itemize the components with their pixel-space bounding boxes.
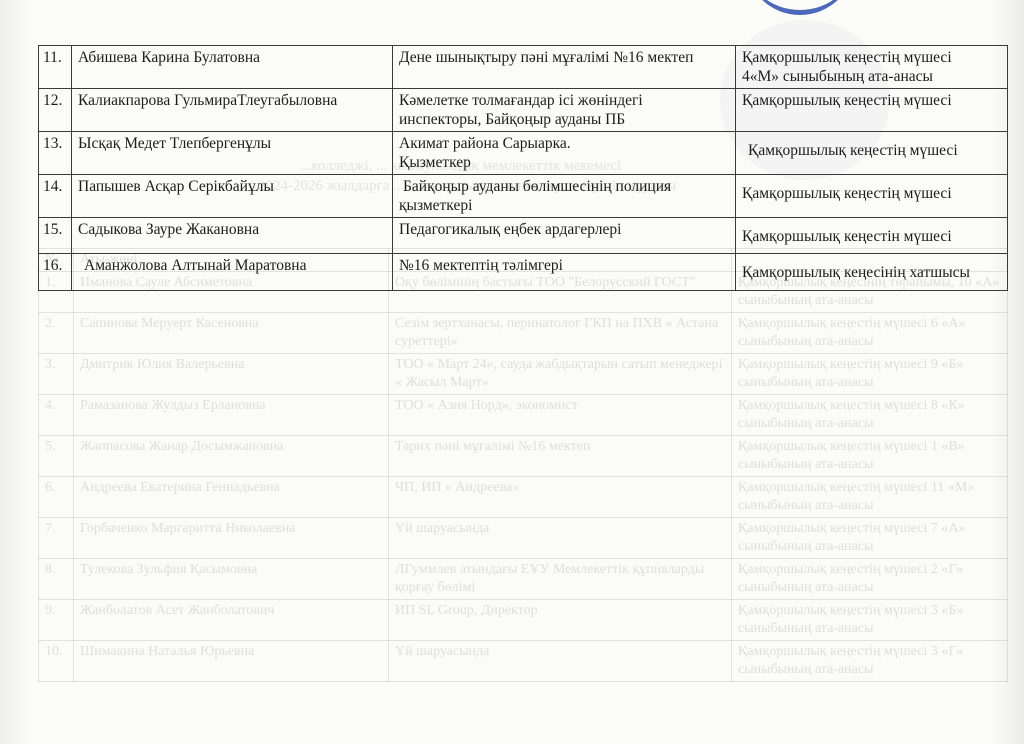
member-workplace: №16 мектептің тәлімгері bbox=[393, 254, 736, 291]
row-number: 16. bbox=[39, 254, 72, 291]
member-workplace: Байқоңыр ауданы бөлімшесінің полиция қыз… bbox=[393, 175, 736, 218]
ghost-cell-num: 3. bbox=[39, 354, 74, 395]
member-name: Калиакпарова ГульмираТлеугабыловна bbox=[72, 89, 393, 132]
ghost-cell-work: Тарих пәні мұғалімі №16 мектеп bbox=[389, 436, 732, 477]
ghost-cell-role: Қамқоршылық кеңестің мүшесі 3 «Б» сыныбы… bbox=[732, 600, 1008, 641]
table-row: 16. Аманжолова Алтынай Маратовна №16 мек… bbox=[39, 254, 1008, 291]
council-members-table: 11. Абишева Карина Булатовна Дене шынықт… bbox=[38, 45, 1008, 291]
workplace-line: қызметкері bbox=[399, 196, 729, 215]
ghost-cell-name: Рамазанова Жулдыз Ерлановна bbox=[74, 395, 389, 436]
ghost-cell-name: Жаппасова Жанар Досымжановна bbox=[74, 436, 389, 477]
table-row: 13. Ысқақ Медет Тлепбергенұлы Акимат рай… bbox=[39, 132, 1008, 175]
ghost-cell-work: ТОО « Азия Норд», экономист bbox=[389, 395, 732, 436]
ghost-cell-num: 4. bbox=[39, 395, 74, 436]
ghost-cell-role: Қамқоршылық кеңестің мүшесі 7 «А» сыныбы… bbox=[732, 518, 1008, 559]
role-line: Қамқоршылық кеңестің мүшесі bbox=[742, 48, 1001, 67]
ghost-cell-work: Үй шаруасында bbox=[389, 518, 732, 559]
ghost-cell-role: Қамқоршылық кеңестің мүшесі 9 «Б» сыныбы… bbox=[732, 354, 1008, 395]
table-row: 12. Калиакпарова ГульмираТлеугабыловна К… bbox=[39, 89, 1008, 132]
table-row: 11. Абишева Карина Булатовна Дене шынықт… bbox=[39, 46, 1008, 89]
member-role: Қамқоршылық кеңестің мүшесі 4«М» сыныбын… bbox=[736, 46, 1008, 89]
ghost-cell-num: 10. bbox=[39, 641, 74, 682]
member-role: Қамқоршылық кеңестің мүшесі bbox=[736, 132, 1008, 175]
ghost-cell-role: Қамқоршылық кеңестің мүшесі 8 «К» сыныбы… bbox=[732, 395, 1008, 436]
member-name: Абишева Карина Булатовна bbox=[72, 46, 393, 89]
row-number: 15. bbox=[39, 218, 72, 254]
ghost-cell-num: 5. bbox=[39, 436, 74, 477]
ghost-cell-work: Үй шаруасында bbox=[389, 641, 732, 682]
ghost-cell-role: Қамқоршылық кеңестің мүшесі 11 «М» сыныб… bbox=[732, 477, 1008, 518]
ghost-cell-name: Шимакина Наталья Юрьевна bbox=[74, 641, 389, 682]
ghost-cell-work: ИП SL Group, Директор bbox=[389, 600, 732, 641]
member-workplace: Акимат района Сарыарка. Қызметкер bbox=[393, 132, 736, 175]
member-name: Аманжолова Алтынай Маратовна bbox=[72, 254, 393, 291]
row-number: 13. bbox=[39, 132, 72, 175]
ghost-table-row: 6.Андреева Екатерина ГеннадьевнаЧП, ИП «… bbox=[39, 477, 1008, 518]
workplace-line: Қызметкер bbox=[399, 153, 729, 172]
member-name: Папышев Асқар Серікбайұлы bbox=[72, 175, 393, 218]
ghost-cell-role: Қамқоршылық кеңестің мүшесі 1 «В» сыныбы… bbox=[732, 436, 1008, 477]
ghost-cell-num: 9. bbox=[39, 600, 74, 641]
ghost-table-row: 4.Рамазанова Жулдыз ЕрлановнаТОО « Азия … bbox=[39, 395, 1008, 436]
ghost-table-row: 2.Сапинова Меруерт КасеновнаСезім зертха… bbox=[39, 313, 1008, 354]
member-workplace: Кәмелетке толмағандар ісі жөніндегі инсп… bbox=[393, 89, 736, 132]
row-number: 12. bbox=[39, 89, 72, 132]
member-workplace: Педагогикалық еңбек ардагерлері bbox=[393, 218, 736, 254]
ghost-table-row: 9.Жанболатов Асет ЖанболатовичИП SL Grou… bbox=[39, 600, 1008, 641]
table-row: 14. Папышев Асқар Серікбайұлы Байқоңыр а… bbox=[39, 175, 1008, 218]
ghost-cell-name: Тулекова Зульфия Қасымовна bbox=[74, 559, 389, 600]
workplace-line: Акимат района Сарыарка. bbox=[399, 134, 729, 153]
ghost-table-row: 3.Дмитрик Юлия ВалерьевнаТОО « Март 24»,… bbox=[39, 354, 1008, 395]
ghost-cell-name: Жанболатов Асет Жанболатович bbox=[74, 600, 389, 641]
ghost-cell-role: Қамқоршылық кеңестің мүшесі 6 «А» сыныбы… bbox=[732, 313, 1008, 354]
ghost-cell-work: ЧП, ИП « Андреева» bbox=[389, 477, 732, 518]
member-role: Қамқоршылық кеңестің мүшесі bbox=[736, 175, 1008, 218]
member-name: Ысқақ Медет Тлепбергенұлы bbox=[72, 132, 393, 175]
workplace-line: Кәмелетке толмағандар ісі жөніндегі bbox=[399, 91, 729, 110]
member-name: Садыкова Зауре Жакановна bbox=[72, 218, 393, 254]
ghost-cell-work: ЛГуммлев атындағы ЕҰУ Мемлекеттік құпиял… bbox=[389, 559, 732, 600]
ghost-table-row: 10.Шимакина Наталья ЮрьевнаҮй шаруасында… bbox=[39, 641, 1008, 682]
ghost-cell-role: Қамқоршылық кеңестің мүшесі 3 «Г» сыныбы… bbox=[732, 641, 1008, 682]
ghost-table-row: 8.Тулекова Зульфия ҚасымовнаЛГуммлев аты… bbox=[39, 559, 1008, 600]
ghost-cell-name: Андреева Екатерина Геннадьевна bbox=[74, 477, 389, 518]
ghost-bleedthrough-table: № Аты-жөні 1.Иманова Сауле АбсиметовнаОқ… bbox=[38, 248, 1008, 682]
ghost-cell-name: Горбаченко Маргаритта Николаевна bbox=[74, 518, 389, 559]
ghost-cell-num: 2. bbox=[39, 313, 74, 354]
ghost-table-row: 7.Горбаченко Маргаритта НиколаевнаҮй шар… bbox=[39, 518, 1008, 559]
ghost-cell-num: 6. bbox=[39, 477, 74, 518]
ghost-cell-num: 8. bbox=[39, 559, 74, 600]
member-role: Қамқоршылық кеңестін мүшесі bbox=[736, 218, 1008, 254]
member-role: Қамқоршылық кеңестің мүшесі bbox=[736, 89, 1008, 132]
ghost-cell-work: Сезім зертханасы, перинатолог ГКП на ПХВ… bbox=[389, 313, 732, 354]
workplace-line: Байқоңыр ауданы бөлімшесінің полиция bbox=[399, 177, 729, 196]
ghost-cell-name: Сапинова Меруерт Касеновна bbox=[74, 313, 389, 354]
workplace-line: инспекторы, Байқоңыр ауданы ПБ bbox=[399, 110, 729, 129]
ghost-cell-name: Дмитрик Юлия Валерьевна bbox=[74, 354, 389, 395]
row-number: 11. bbox=[39, 46, 72, 89]
row-number: 14. bbox=[39, 175, 72, 218]
member-role: Қамқоршылық кеңесінің хатшысы bbox=[736, 254, 1008, 291]
ghost-table-row: 5.Жаппасова Жанар ДосымжановнаТарих пәні… bbox=[39, 436, 1008, 477]
table-row: 15. Садыкова Зауре Жакановна Педагогикал… bbox=[39, 218, 1008, 254]
ghost-cell-role: Қамқоршылық кеңестің мүшесі 2 «Г» сыныбы… bbox=[732, 559, 1008, 600]
role-line: 4«М» сыныбының ата-анасы bbox=[742, 67, 1001, 86]
member-workplace: Дене шынықтыру пәні мұғалімі №16 мектеп bbox=[393, 46, 736, 89]
ghost-cell-work: ТОО « Март 24», сауда жабдықтарын сатып … bbox=[389, 354, 732, 395]
ghost-cell-num: 7. bbox=[39, 518, 74, 559]
